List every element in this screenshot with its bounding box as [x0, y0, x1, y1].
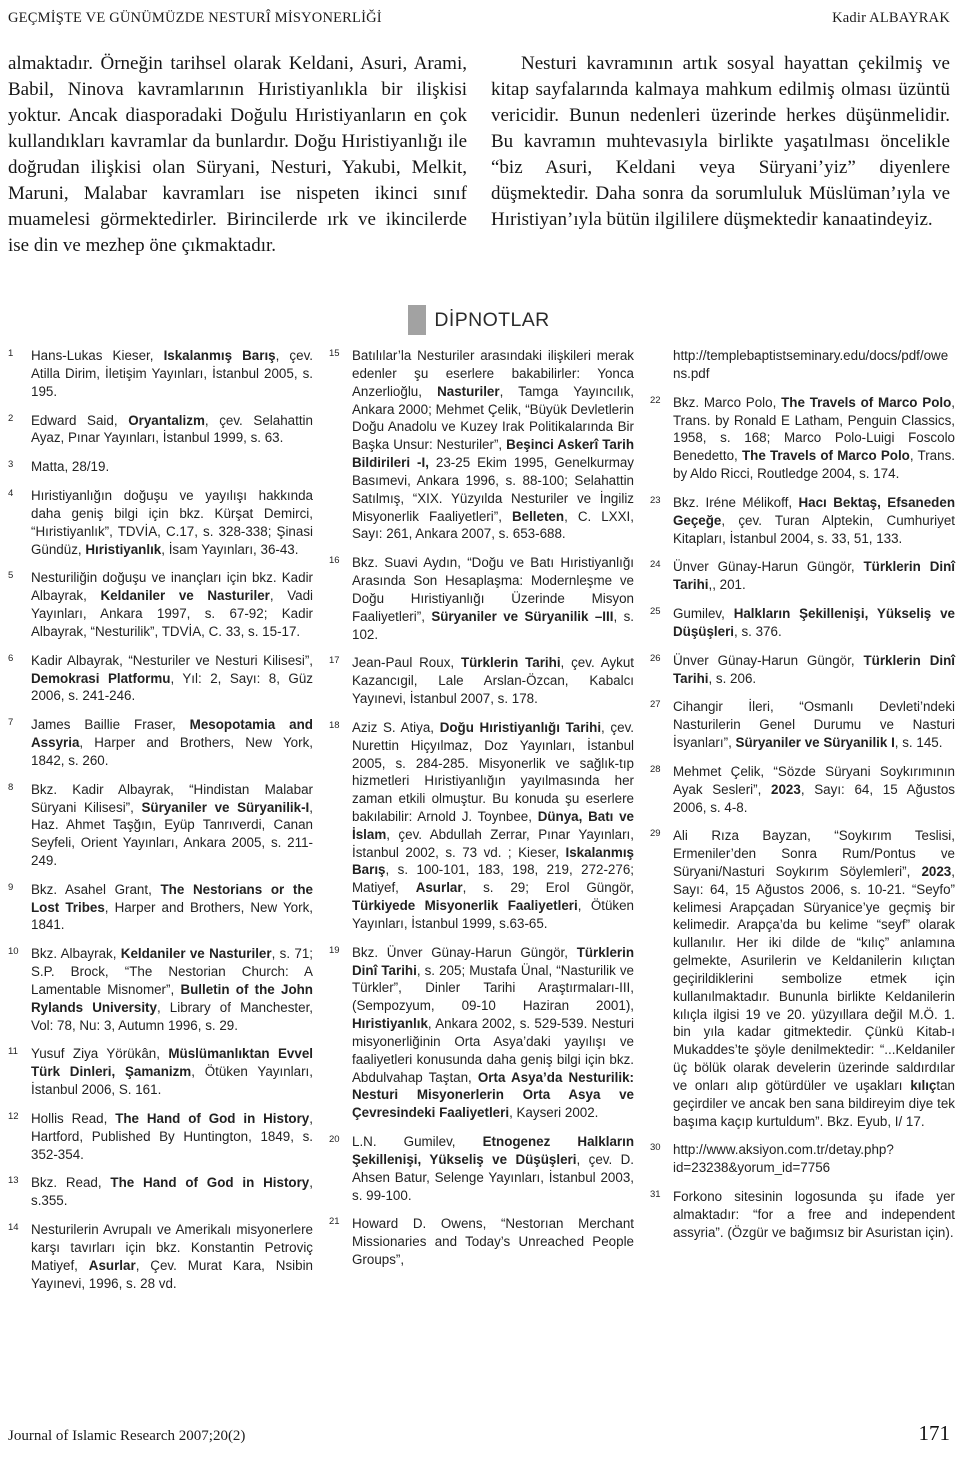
footnote-text: Hans-Lukas Kieser, Iskalanmış Barış, çev… — [31, 347, 313, 400]
footnote-text: L.N. Gumilev, Etnogenez Halkların Şekill… — [352, 1133, 634, 1204]
footnote-item: 24Ünver Günay-Harun Güngör, Türklerin Di… — [650, 558, 955, 594]
footnote-number: 7 — [8, 716, 31, 769]
footnote-item: 14Nesturilerin Avrupalı ve Amerikalı mis… — [8, 1221, 313, 1292]
footnote-item: 16Bkz. Suavi Aydın, “Doğu ve Batı Hırist… — [329, 554, 634, 643]
footnote-number — [650, 347, 673, 383]
footnote-number: 15 — [329, 347, 352, 543]
footnote-text: Forkono sitesinin logosunda şu ifade yer… — [673, 1188, 955, 1241]
footnote-text: Kadir Albayrak, “Nesturiler ve Nesturi K… — [31, 652, 313, 705]
footnote-number: 19 — [329, 944, 352, 1122]
footnote-text: Jean-Paul Roux, Türklerin Tarihi, çev. A… — [352, 654, 634, 707]
footnote-number: 12 — [8, 1110, 31, 1163]
footnote-number: 5 — [8, 569, 31, 640]
footnote-item: 30http://www.aksiyon.com.tr/detay.php?id… — [650, 1141, 955, 1177]
footnote-text: Bkz. Ünver Günay-Harun Güngör, Türklerin… — [352, 944, 634, 1122]
footnote-text: Aziz S. Atiya, Doğu Hıristiyanlığı Tarih… — [352, 719, 634, 933]
footnote-number: 4 — [8, 487, 31, 558]
endnotes-section: 1Hans-Lukas Kieser, Iskalanmış Barış, çe… — [8, 347, 950, 1303]
footnotes-column-3: http://templebaptistseminary.edu/docs/pd… — [650, 347, 955, 1303]
footnote-text: Bkz. Suavi Aydın, “Doğu ve Batı Hıristiy… — [352, 554, 634, 643]
footnotes-column-2: 15Batılılar’la Nesturiler arasındaki ili… — [329, 347, 634, 1303]
footnote-text: Bkz. Marco Polo, The Travels of Marco Po… — [673, 394, 955, 483]
endnotes-heading-label: DİPNOTLAR — [434, 309, 549, 331]
intro-right-text: Nesturi kavramının artık sosyal hayattan… — [491, 53, 950, 230]
footnote-text: James Baillie Fraser, Mesopotamia and As… — [31, 716, 313, 769]
footnote-number: 27 — [650, 698, 673, 751]
document-page: GEÇMİŞTE VE GÜNÜMÜZDE NESTURÎ MİSYONERLİ… — [0, 0, 960, 1458]
footnote-number: 10 — [8, 945, 31, 1034]
page-footer: Journal of Islamic Research 2007;20(2) 1… — [8, 1421, 950, 1448]
footnote-text: http://templebaptistseminary.edu/docs/pd… — [673, 347, 955, 383]
footnote-number: 25 — [650, 605, 673, 641]
footnote-text: Cihangir İleri, “Osmanlı Devleti’ndeki N… — [673, 698, 955, 751]
footnote-item: 29Ali Rıza Bayzan, “Soykırım Teslisi, Er… — [650, 827, 955, 1130]
footnote-text: http://www.aksiyon.com.tr/detay.php?id=2… — [673, 1141, 955, 1177]
section-marker-square — [408, 305, 426, 335]
footnote-text: Bkz. Asahel Grant, The Nestorians or the… — [31, 881, 313, 934]
footnote-text: Hıristiyanlığın doğuşu ve yayılışı hakkı… — [31, 487, 313, 558]
footnote-item: 15Batılılar’la Nesturiler arasındaki ili… — [329, 347, 634, 543]
footnote-text: Bkz. Read, The Hand of God in History, s… — [31, 1174, 313, 1210]
footnote-text: Bkz. Iréne Mélikoff, Hacı Bektaş, Efsane… — [673, 494, 955, 547]
footnote-text: Edward Said, Oryantalizm, çev. Selahatti… — [31, 412, 313, 448]
page-title: GEÇMİŞTE VE GÜNÜMÜZDE NESTURÎ MİSYONERLİ… — [8, 10, 382, 27]
footnote-text: Nesturilerin Avrupalı ve Amerikalı misyo… — [31, 1221, 313, 1292]
intro-right-column: Nesturi kavramının artık sosyal hayattan… — [491, 51, 950, 259]
footnote-item: 17Jean-Paul Roux, Türklerin Tarihi, çev.… — [329, 654, 634, 707]
footnote-text: Matta, 28/19. — [31, 458, 313, 476]
running-head: GEÇMİŞTE VE GÜNÜMÜZDE NESTURÎ MİSYONERLİ… — [8, 10, 950, 27]
journal-citation: Journal of Islamic Research 2007;20(2) — [8, 1428, 245, 1445]
footnote-number: 18 — [329, 719, 352, 933]
footnote-item: 11Yusuf Ziya Yörükân, Müslümanlıktan Evv… — [8, 1045, 313, 1098]
footnote-number: 29 — [650, 827, 673, 1130]
footnote-item: 3Matta, 28/19. — [8, 458, 313, 476]
footnote-text: Ali Rıza Bayzan, “Soykırım Teslisi, Erme… — [673, 827, 955, 1130]
footnote-number: 13 — [8, 1174, 31, 1210]
footnote-number: 23 — [650, 494, 673, 547]
footnote-number: 11 — [8, 1045, 31, 1098]
footnote-number: 3 — [8, 458, 31, 476]
footnote-item: http://templebaptistseminary.edu/docs/pd… — [650, 347, 955, 383]
footnote-number: 16 — [329, 554, 352, 643]
footnote-number: 1 — [8, 347, 31, 400]
footnote-item: 26Ünver Günay-Harun Güngör, Türklerin Di… — [650, 652, 955, 688]
footnote-item: 7James Baillie Fraser, Mesopotamia and A… — [8, 716, 313, 769]
footnote-text: Batılılar’la Nesturiler arasındaki ilişk… — [352, 347, 634, 543]
footnote-item: 22Bkz. Marco Polo, The Travels of Marco … — [650, 394, 955, 483]
footnote-text: Bkz. Kadir Albayrak, “Hindistan Malabar … — [31, 781, 313, 870]
page-number: 171 — [919, 1421, 951, 1446]
footnote-number: 6 — [8, 652, 31, 705]
footnote-item: 5Nesturiliğin doğuşu ve inançları için b… — [8, 569, 313, 640]
footnote-text: Nesturiliğin doğuşu ve inançları için bk… — [31, 569, 313, 640]
footnote-text: Bkz. Albayrak, Keldaniler ve Nasturiler,… — [31, 945, 313, 1034]
footnote-text: Ünver Günay-Harun Güngör, Türklerin Dinî… — [673, 652, 955, 688]
footnote-item: 18Aziz S. Atiya, Doğu Hıristiyanlığı Tar… — [329, 719, 634, 933]
footnote-number: 2 — [8, 412, 31, 448]
intro-left-column: almaktadır. Örneğin tarihsel olarak Keld… — [8, 51, 467, 259]
footnote-item: 13Bkz. Read, The Hand of God in History,… — [8, 1174, 313, 1210]
footnote-text: Howard D. Owens, “Nestorıan Merchant Mis… — [352, 1215, 634, 1268]
footnote-item: 2Edward Said, Oryantalizm, çev. Selahatt… — [8, 412, 313, 448]
footnote-item: 28Mehmet Çelik, “Sözde Süryani Soykırımı… — [650, 763, 955, 816]
footnote-item: 21Howard D. Owens, “Nestorıan Merchant M… — [329, 1215, 634, 1268]
footnote-number: 31 — [650, 1188, 673, 1241]
footnote-item: 12Hollis Read, The Hand of God in Histor… — [8, 1110, 313, 1163]
footnote-text: Yusuf Ziya Yörükân, Müslümanlıktan Evvel… — [31, 1045, 313, 1098]
footnote-text: Ünver Günay-Harun Güngör, Türklerin Dinî… — [673, 558, 955, 594]
footnote-number: 22 — [650, 394, 673, 483]
footnote-item: 19Bkz. Ünver Günay-Harun Güngör, Türkler… — [329, 944, 634, 1122]
footnote-item: 31Forkono sitesinin logosunda şu ifade y… — [650, 1188, 955, 1241]
footnote-item: 9Bkz. Asahel Grant, The Nestorians or th… — [8, 881, 313, 934]
footnote-item: 20L.N. Gumilev, Etnogenez Halkların Şeki… — [329, 1133, 634, 1204]
footnote-item: 23Bkz. Iréne Mélikoff, Hacı Bektaş, Efsa… — [650, 494, 955, 547]
footnote-number: 9 — [8, 881, 31, 934]
footnote-text: Hollis Read, The Hand of God in History,… — [31, 1110, 313, 1163]
endnotes-heading: DİPNOTLAR — [8, 305, 950, 335]
footnote-number: 17 — [329, 654, 352, 707]
intro-section: almaktadır. Örneğin tarihsel olarak Keld… — [8, 51, 950, 259]
footnote-item: 10Bkz. Albayrak, Keldaniler ve Nasturile… — [8, 945, 313, 1034]
footnote-item: 1Hans-Lukas Kieser, Iskalanmış Barış, çe… — [8, 347, 313, 400]
footnote-item: 6Kadir Albayrak, “Nesturiler ve Nesturi … — [8, 652, 313, 705]
footnote-text: Mehmet Çelik, “Sözde Süryani Soykırımını… — [673, 763, 955, 816]
footnote-item: 8Bkz. Kadir Albayrak, “Hindistan Malabar… — [8, 781, 313, 870]
footnote-number: 20 — [329, 1133, 352, 1204]
footnote-item: 25Gumilev, Halkların Şekillenişi, Yüksel… — [650, 605, 955, 641]
footnotes-column-1: 1Hans-Lukas Kieser, Iskalanmış Barış, çe… — [8, 347, 313, 1303]
footnote-item: 4Hıristiyanlığın doğuşu ve yayılışı hakk… — [8, 487, 313, 558]
footnote-text: Gumilev, Halkların Şekillenişi, Yükseliş… — [673, 605, 955, 641]
footnote-number: 28 — [650, 763, 673, 816]
footnote-number: 14 — [8, 1221, 31, 1292]
footnote-number: 8 — [8, 781, 31, 870]
footnote-number: 30 — [650, 1141, 673, 1177]
footnote-number: 21 — [329, 1215, 352, 1268]
footnote-item: 27Cihangir İleri, “Osmanlı Devleti’ndeki… — [650, 698, 955, 751]
author-name: Kadir ALBAYRAK — [832, 10, 950, 27]
footnote-number: 24 — [650, 558, 673, 594]
footnote-number: 26 — [650, 652, 673, 688]
